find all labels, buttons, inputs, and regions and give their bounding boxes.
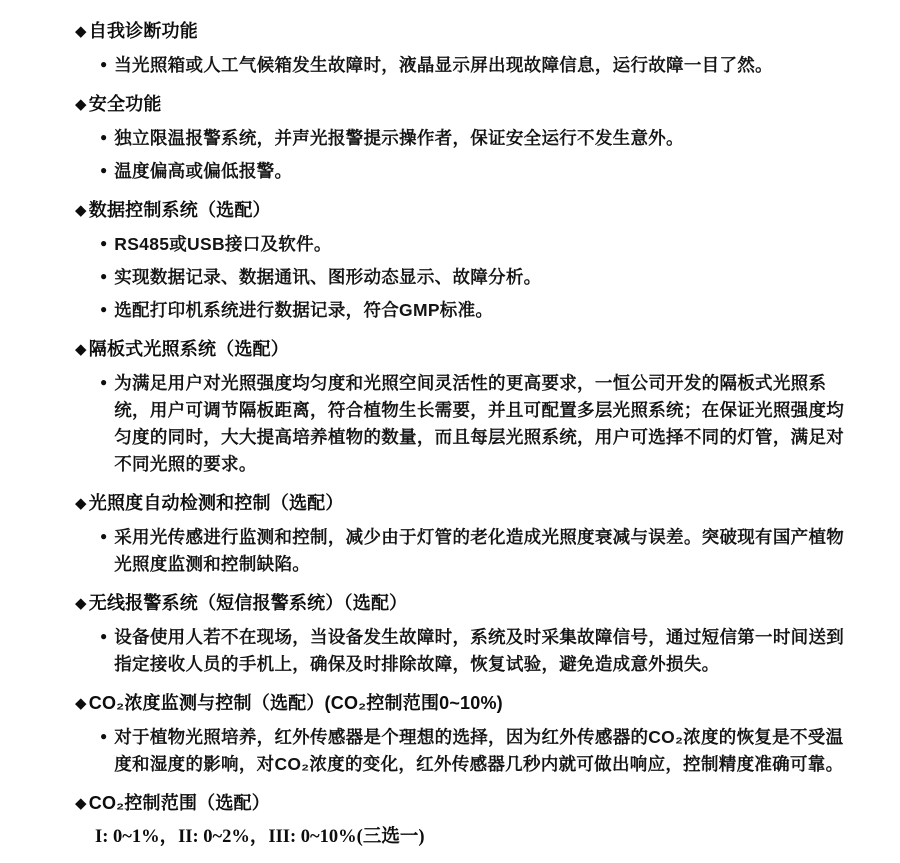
bullet-text: 实现数据记录、数据通讯、图形动态显示、故障分析。: [114, 264, 541, 291]
bullet-text: 当光照箱或人工气候箱发生故障时，液晶显示屏出现故障信息，运行故障一目了然。: [114, 52, 773, 79]
section-title: ◆ 光照度自动检测和控制（选配）: [75, 491, 848, 517]
diamond-icon: ◆: [75, 692, 87, 716]
bullet-text: 为满足用户对光照强度均匀度和光照空间灵活性的更高要求，一恒公司开发的隔板式光照系…: [114, 370, 848, 478]
bullet-icon: ●: [100, 523, 107, 550]
bullet-item: ● 实现数据记录、数据通讯、图形动态显示、故障分析。: [75, 264, 848, 291]
bullet-item: ● 为满足用户对光照强度均匀度和光照空间灵活性的更高要求，一恒公司开发的隔板式光…: [75, 370, 848, 478]
bullet-text: 采用光传感进行监测和控制，减少由于灯管的老化造成光照度衰减与误差。突破现有国产植…: [114, 524, 848, 578]
section-data-control: ◆ 数据控制系统（选配） ● RS485或USB接口及软件。 ● 实现数据记录、…: [75, 198, 848, 324]
section-safety: ◆ 安全功能 ● 独立限温报警系统，并声光报警提示操作者，保证安全运行不发生意外…: [75, 92, 848, 185]
section-title-text: 隔板式光照系统（选配）: [89, 337, 289, 361]
bullet-item: ● 选配打印机系统进行数据记录，符合GMP标准。: [75, 297, 848, 324]
section-title-text: CO₂控制范围（选配）: [89, 791, 270, 815]
section-title: ◆ 自我诊断功能: [75, 19, 848, 45]
bullet-text: 温度偏高或偏低报警。: [114, 158, 292, 185]
section-self-diagnosis: ◆ 自我诊断功能 ● 当光照箱或人工气候箱发生故障时，液晶显示屏出现故障信息，运…: [75, 19, 848, 79]
diamond-icon: ◆: [75, 792, 87, 816]
bullet-icon: ●: [100, 296, 107, 323]
section-title: ◆ CO₂控制范围（选配）: [75, 791, 848, 817]
section-title: ◆ 安全功能: [75, 92, 848, 118]
section-light-detection: ◆ 光照度自动检测和控制（选配） ● 采用光传感进行监测和控制，减少由于灯管的老…: [75, 491, 848, 578]
section-title-text: 数据控制系统（选配）: [89, 198, 271, 222]
diamond-icon: ◆: [75, 199, 87, 223]
bullet-icon: ●: [100, 263, 107, 290]
bullet-text: 设备使用人若不在现场，当设备发生故障时，系统及时采集故障信号，通过短信第一时间送…: [114, 624, 848, 678]
section-partition-lighting: ◆ 隔板式光照系统（选配） ● 为满足用户对光照强度均匀度和光照空间灵活性的更高…: [75, 337, 848, 478]
bullet-text: 选配打印机系统进行数据记录，符合GMP标准。: [114, 297, 493, 324]
bullet-text: RS485或USB接口及软件。: [114, 231, 331, 258]
diamond-icon: ◆: [75, 338, 87, 362]
section-title-text: 安全功能: [89, 92, 162, 116]
diamond-icon: ◆: [75, 20, 87, 44]
diamond-icon: ◆: [75, 592, 87, 616]
section-title-text: 无线报警系统（短信报警系统）（选配）: [89, 591, 408, 615]
section-title-text: 自我诊断功能: [89, 19, 198, 43]
bullet-icon: ●: [100, 157, 107, 184]
co2-range-options: I: 0~1%，II: 0~2%，III: 0~10%(三选一): [75, 824, 848, 851]
bullet-item: ● 采用光传感进行监测和控制，减少由于灯管的老化造成光照度衰减与误差。突破现有国…: [75, 524, 848, 578]
diamond-icon: ◆: [75, 93, 87, 117]
bullet-item: ● 设备使用人若不在现场，当设备发生故障时，系统及时采集故障信号，通过短信第一时…: [75, 624, 848, 678]
section-wireless-alarm: ◆ 无线报警系统（短信报警系统）（选配） ● 设备使用人若不在现场，当设备发生故…: [75, 591, 848, 678]
bullet-item: ● 当光照箱或人工气候箱发生故障时，液晶显示屏出现故障信息，运行故障一目了然。: [75, 52, 848, 79]
bullet-icon: ●: [100, 723, 107, 750]
bullet-icon: ●: [100, 369, 107, 396]
bullet-text: 独立限温报警系统，并声光报警提示操作者，保证安全运行不发生意外。: [114, 125, 684, 152]
bullet-item: ● 独立限温报警系统，并声光报警提示操作者，保证安全运行不发生意外。: [75, 125, 848, 152]
bullet-text: 对于植物光照培养，红外传感器是个理想的选择，因为红外传感器的CO₂浓度的恢复是不…: [114, 724, 848, 778]
bullet-icon: ●: [100, 230, 107, 257]
section-title-text: 光照度自动检测和控制（选配）: [89, 491, 344, 515]
bullet-icon: ●: [100, 51, 107, 78]
bullet-item: ● RS485或USB接口及软件。: [75, 231, 848, 258]
section-title: ◆ 无线报警系统（短信报警系统）（选配）: [75, 591, 848, 617]
bullet-icon: ●: [100, 124, 107, 151]
bullet-item: ● 温度偏高或偏低报警。: [75, 158, 848, 185]
bullet-icon: ●: [100, 623, 107, 650]
diamond-icon: ◆: [75, 492, 87, 516]
section-title: ◆ 隔板式光照系统（选配）: [75, 337, 848, 363]
section-co2-range: ◆ CO₂控制范围（选配） I: 0~1%，II: 0~2%，III: 0~10…: [75, 791, 848, 851]
bullet-item: ● 对于植物光照培养，红外传感器是个理想的选择，因为红外传感器的CO₂浓度的恢复…: [75, 724, 848, 778]
section-title: ◆ 数据控制系统（选配）: [75, 198, 848, 224]
section-co2-monitoring: ◆ CO₂浓度监测与控制（选配）(CO₂控制范围0~10%) ● 对于植物光照培…: [75, 691, 848, 778]
section-title-text: CO₂浓度监测与控制（选配）(CO₂控制范围0~10%): [89, 691, 503, 715]
section-title: ◆ CO₂浓度监测与控制（选配）(CO₂控制范围0~10%): [75, 691, 848, 717]
feature-document: ◆ 自我诊断功能 ● 当光照箱或人工气候箱发生故障时，液晶显示屏出现故障信息，运…: [0, 0, 900, 863]
